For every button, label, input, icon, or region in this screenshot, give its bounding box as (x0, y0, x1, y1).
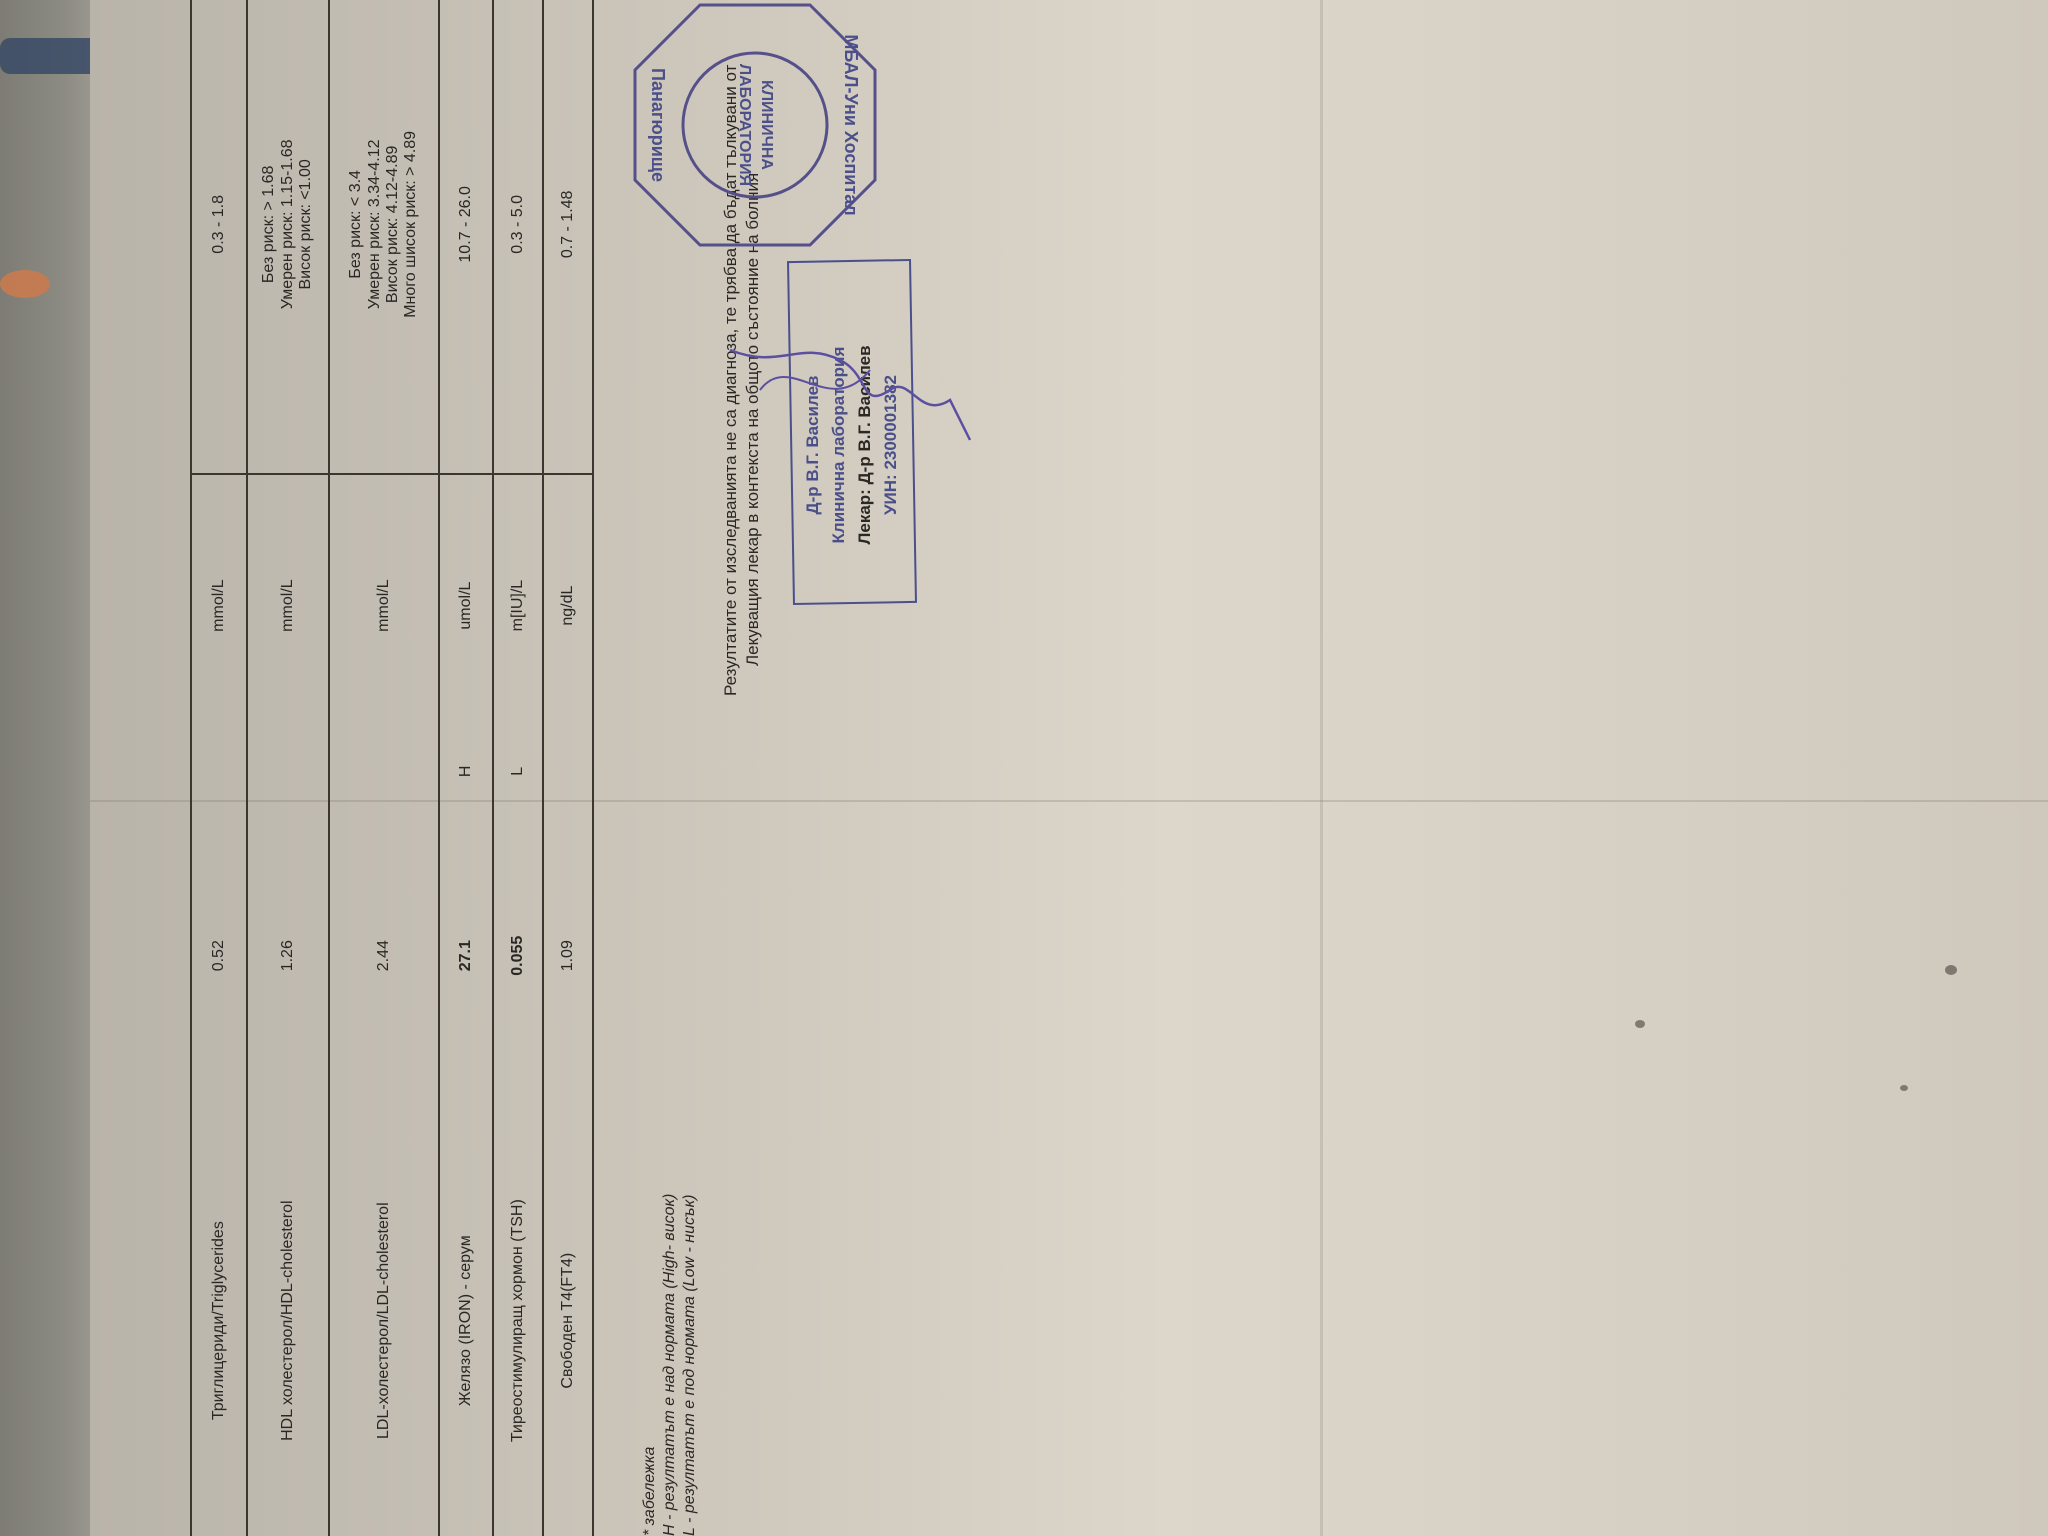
table-row: Желязо (IRON) - серум27.1Humol/L10.7 - 2… (439, 0, 493, 1536)
stamp-outer-bottom: Панагюрище (648, 68, 668, 182)
table-row: Свободен T4(FT4)1.09ng/dL0.7 - 1.48 (543, 0, 593, 1536)
paper-fold (1320, 0, 1323, 1536)
paper-mark (1635, 1020, 1645, 1028)
reference-range: Без риск: > 1.68Умерен риск: 1.15-1.68Ви… (247, 0, 329, 474)
test-name: Триглицериди/Triglycerides (191, 1105, 247, 1536)
reference-line: Без риск: < 3.4 (347, 0, 365, 467)
reference-range: 10.7 - 26.0 (439, 0, 493, 474)
reference-line: Висок риск: <1.00 (297, 0, 315, 467)
reference-line: Без риск: > 1.68 (260, 0, 278, 467)
note-low: L - резултатът е под нормата (Low - нисъ… (680, 1194, 700, 1536)
table-row: Тиреостимулиращ хормон (TSH)0.055Lm[IU]/… (493, 0, 543, 1536)
reference-line: Умерен риск: 1.15-1.68 (279, 0, 297, 467)
octagon-stamp: КЛИНИЧНА ЛАБОРАТОРИЯ МБАЛ-Уни Хоспитал П… (630, 0, 880, 250)
test-flag (247, 737, 329, 807)
stamp-inner-line-2: ЛАБОРАТОРИЯ (736, 64, 753, 186)
reference-line: 0.3 - 5.0 (509, 0, 527, 467)
results-table: Триглицериди/Triglycerides0.52mmol/L0.3 … (190, 0, 594, 1536)
reference-line: 0.7 - 1.48 (559, 0, 577, 467)
test-value: 0.52 (191, 806, 247, 1105)
table-row: LDL-холестерол/LDL-cholesterol2.44mmol/L… (329, 0, 439, 1536)
test-flag (543, 737, 593, 807)
reference-line: 0.3 - 1.8 (210, 0, 228, 467)
stamp-inner-line-1: КЛИНИЧНА (758, 80, 775, 170)
test-unit: mmol/L (247, 474, 329, 737)
test-unit: m[IU]/L (493, 474, 543, 737)
paper-mark (1900, 1085, 1908, 1091)
test-name: HDL холестерол/HDL-cholesterol (247, 1105, 329, 1536)
test-unit: umol/L (439, 474, 493, 737)
reference-line: Умерен риск: 3.34-4.12 (366, 0, 384, 467)
paper-mark (1945, 965, 1957, 975)
reference-range: 0.7 - 1.48 (543, 0, 593, 474)
test-unit: mmol/L (191, 474, 247, 737)
notes-title: * забележка (640, 1194, 660, 1536)
reference-line: 10.7 - 26.0 (457, 0, 475, 467)
stamp-outer-top: МБАЛ-Уни Хоспитал (841, 34, 861, 215)
test-unit: ng/dL (543, 474, 593, 737)
test-name: Желязо (IRON) - серум (439, 1105, 493, 1536)
reference-range: 0.3 - 5.0 (493, 0, 543, 474)
test-flag (329, 737, 439, 807)
test-flag: H (439, 737, 493, 807)
table-row: HDL холестерол/HDL-cholesterol1.26mmol/L… (247, 0, 329, 1536)
reference-range: 0.3 - 1.8 (191, 0, 247, 474)
test-name: Тиреостимулиращ хормон (TSH) (493, 1105, 543, 1536)
test-value: 27.1 (439, 806, 493, 1105)
test-value: 0.055 (493, 806, 543, 1105)
reference-line: Висок риск: 4.12-4.89 (384, 0, 402, 467)
notes: * забележка H - резултатът е над нормата… (640, 1194, 700, 1536)
reference-line: Много шисок риск: > 4.89 (402, 0, 420, 467)
test-flag: L (493, 737, 543, 807)
test-value: 1.09 (543, 806, 593, 1105)
test-name: LDL-холестерол/LDL-cholesterol (329, 1105, 439, 1536)
test-name: Свободен T4(FT4) (543, 1105, 593, 1536)
test-value: 1.26 (247, 806, 329, 1105)
note-high: H - резултатът е над нормата (High- висо… (660, 1194, 680, 1536)
test-flag (191, 737, 247, 807)
test-unit: mmol/L (329, 474, 439, 737)
test-value: 2.44 (329, 806, 439, 1105)
signature (720, 330, 980, 450)
reference-range: Без риск: < 3.4Умерен риск: 3.34-4.12Вис… (329, 0, 439, 474)
table-row: Триглицериди/Triglycerides0.52mmol/L0.3 … (191, 0, 247, 1536)
